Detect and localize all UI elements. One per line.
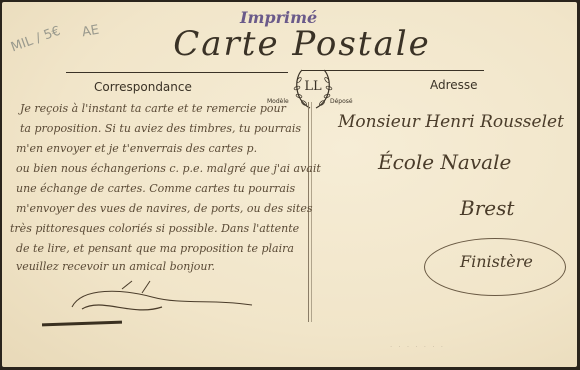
title-rule-left [66, 72, 288, 73]
adresse-label: Adresse [430, 78, 478, 92]
address-line: Monsieur Henri Rousselet [338, 112, 564, 132]
message-line: une échange de cartes. Comme cartes tu p… [16, 182, 295, 195]
message-line: de te lire, et pensant que ma propositio… [16, 242, 294, 255]
postcard: MIL / 5€ AE Imprimé Carte Postale LL Mod… [2, 2, 577, 367]
faint-printed-text: . . . . . . . [390, 341, 445, 349]
message-line: Je reçois à l'instant ta carte et te rem… [20, 102, 286, 115]
correspondance-label: Correspondance [94, 80, 192, 94]
address-line: Finistère [460, 252, 533, 271]
postcard-title: Carte Postale [162, 24, 442, 64]
address-line: Brest [460, 196, 514, 220]
address-line: École Navale [378, 150, 511, 174]
signature-flourish-icon [62, 277, 262, 327]
message-line: m'en envoyer et je t'enverrais des carte… [16, 142, 257, 155]
pencil-note-left: MIL / 5€ [9, 24, 63, 56]
logo-monogram: LL [290, 79, 336, 94]
message-line: ta proposition. Si tu aviez des timbres,… [20, 122, 301, 135]
depose-caption: Déposé [330, 98, 353, 105]
message-line: veuillez recevoir un amical bonjour. [16, 260, 215, 273]
message-line: très pittoresques coloriés si possible. … [10, 222, 299, 235]
pencil-note-right: AE [81, 23, 100, 41]
ll-wreath-logo-icon: LL [290, 66, 336, 112]
message-line: m'envoyer des vues de navires, de ports,… [16, 202, 313, 215]
message-line: ou bien nous échangerions c. p.e. malgré… [16, 162, 321, 175]
